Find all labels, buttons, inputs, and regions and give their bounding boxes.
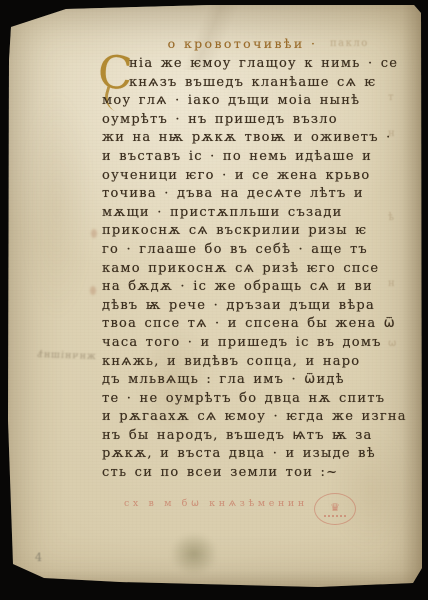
parchment-page: о кровоточивѣи · пакло С ніа же ѥмоу гла… [0,0,428,600]
page-vignette [0,0,428,600]
manuscript-photo: о кровоточивѣи · пакло С ніа же ѥмоу гла… [0,0,428,600]
